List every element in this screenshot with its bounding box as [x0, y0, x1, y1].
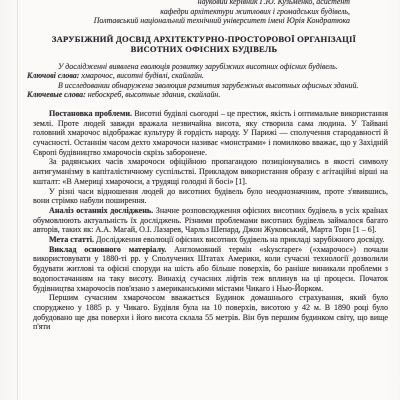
paragraph-first-skyscraper: Першим сучасним хмарочосом вважається Бу…	[33, 293, 388, 332]
paragraph-text: За радянських часів хмарочоси офіційною …	[33, 157, 388, 185]
keywords-uk: Ключові слова: хмарочос, висотні будівлі…	[27, 71, 388, 81]
byline-line: кафедри архітектури житлових і громадськ…	[60, 7, 350, 17]
paragraph-lead: Постановка проблеми.	[49, 109, 132, 118]
byline-line: науковий керівник Г.Ю. Кузьменко, асисте…	[60, 0, 350, 7]
paragraph-text: Дослідження еволюції офісних висотних бу…	[96, 235, 384, 244]
abstract-uk: У дослідженні виявлена еволюція розвитку…	[27, 62, 388, 72]
paragraph-lead: Виклад основного матеріалу.	[49, 245, 166, 254]
keywords-uk-label: Ключові слова:	[27, 71, 79, 80]
paragraph-soviet-era: За радянських часів хмарочоси офіційною …	[33, 157, 388, 186]
paragraph-problem-statement: Постановка проблеми. Висотні будівлі сьо…	[33, 109, 388, 158]
keywords-ru: Ключевые слова: небоскреб, высотные здан…	[27, 90, 388, 100]
article-body: Постановка проблеми. Висотні будівлі сьо…	[33, 109, 388, 332]
paragraph-main-material: Виклад основного матеріалу. Англомовний …	[33, 245, 388, 294]
paragraph-article-aim: Мета статті. Дослідження еволюції офісни…	[33, 235, 388, 245]
byline-line: Полтавський національний технічний уніве…	[60, 16, 350, 26]
page-title-line: ВИСОТНИХ ОФІСНИХ БУДІВЕЛЬ	[30, 44, 378, 54]
keywords-ru-text: небоскреб, высотные здания, скайлайн.	[88, 90, 221, 99]
paragraph-text: Першим сучасним хмарочосом вважається Бу…	[33, 293, 388, 331]
paragraph-lead: Мета статті.	[49, 235, 94, 244]
page-title: ЗАРУБІЖНИЙ ДОСВІД АРХІТЕКТУРНО-ПРОСТОРОВ…	[30, 34, 378, 54]
paragraph-text: У різні часи відношення людей до висотни…	[33, 187, 388, 206]
abstract-block: У дослідженні виявлена еволюція розвитку…	[27, 62, 388, 100]
paragraph-attitudes: У різні часи відношення людей до висотни…	[33, 187, 388, 206]
paragraph-research-analysis: Аналіз останніх досліджень. Значне розпо…	[33, 206, 388, 235]
scanned-document-page: науковий керівник Г.Ю. Кузьменко, асисте…	[0, 0, 400, 400]
paper-edge-line	[17, 0, 18, 400]
author-byline: науковий керівник Г.Ю. Кузьменко, асисте…	[60, 0, 350, 26]
page-title-line: ЗАРУБІЖНИЙ ДОСВІД АРХІТЕКТУРНО-ПРОСТОРОВ…	[30, 34, 378, 44]
keywords-ru-label: Ключевые слова:	[27, 90, 86, 99]
keywords-uk-text: хмарочос, висотні будівлі, скайлайн.	[81, 71, 203, 80]
abstract-ru: В исследовании обнаружена эволюция разви…	[27, 81, 388, 91]
paragraph-lead: Аналіз останніх досліджень.	[49, 206, 153, 215]
